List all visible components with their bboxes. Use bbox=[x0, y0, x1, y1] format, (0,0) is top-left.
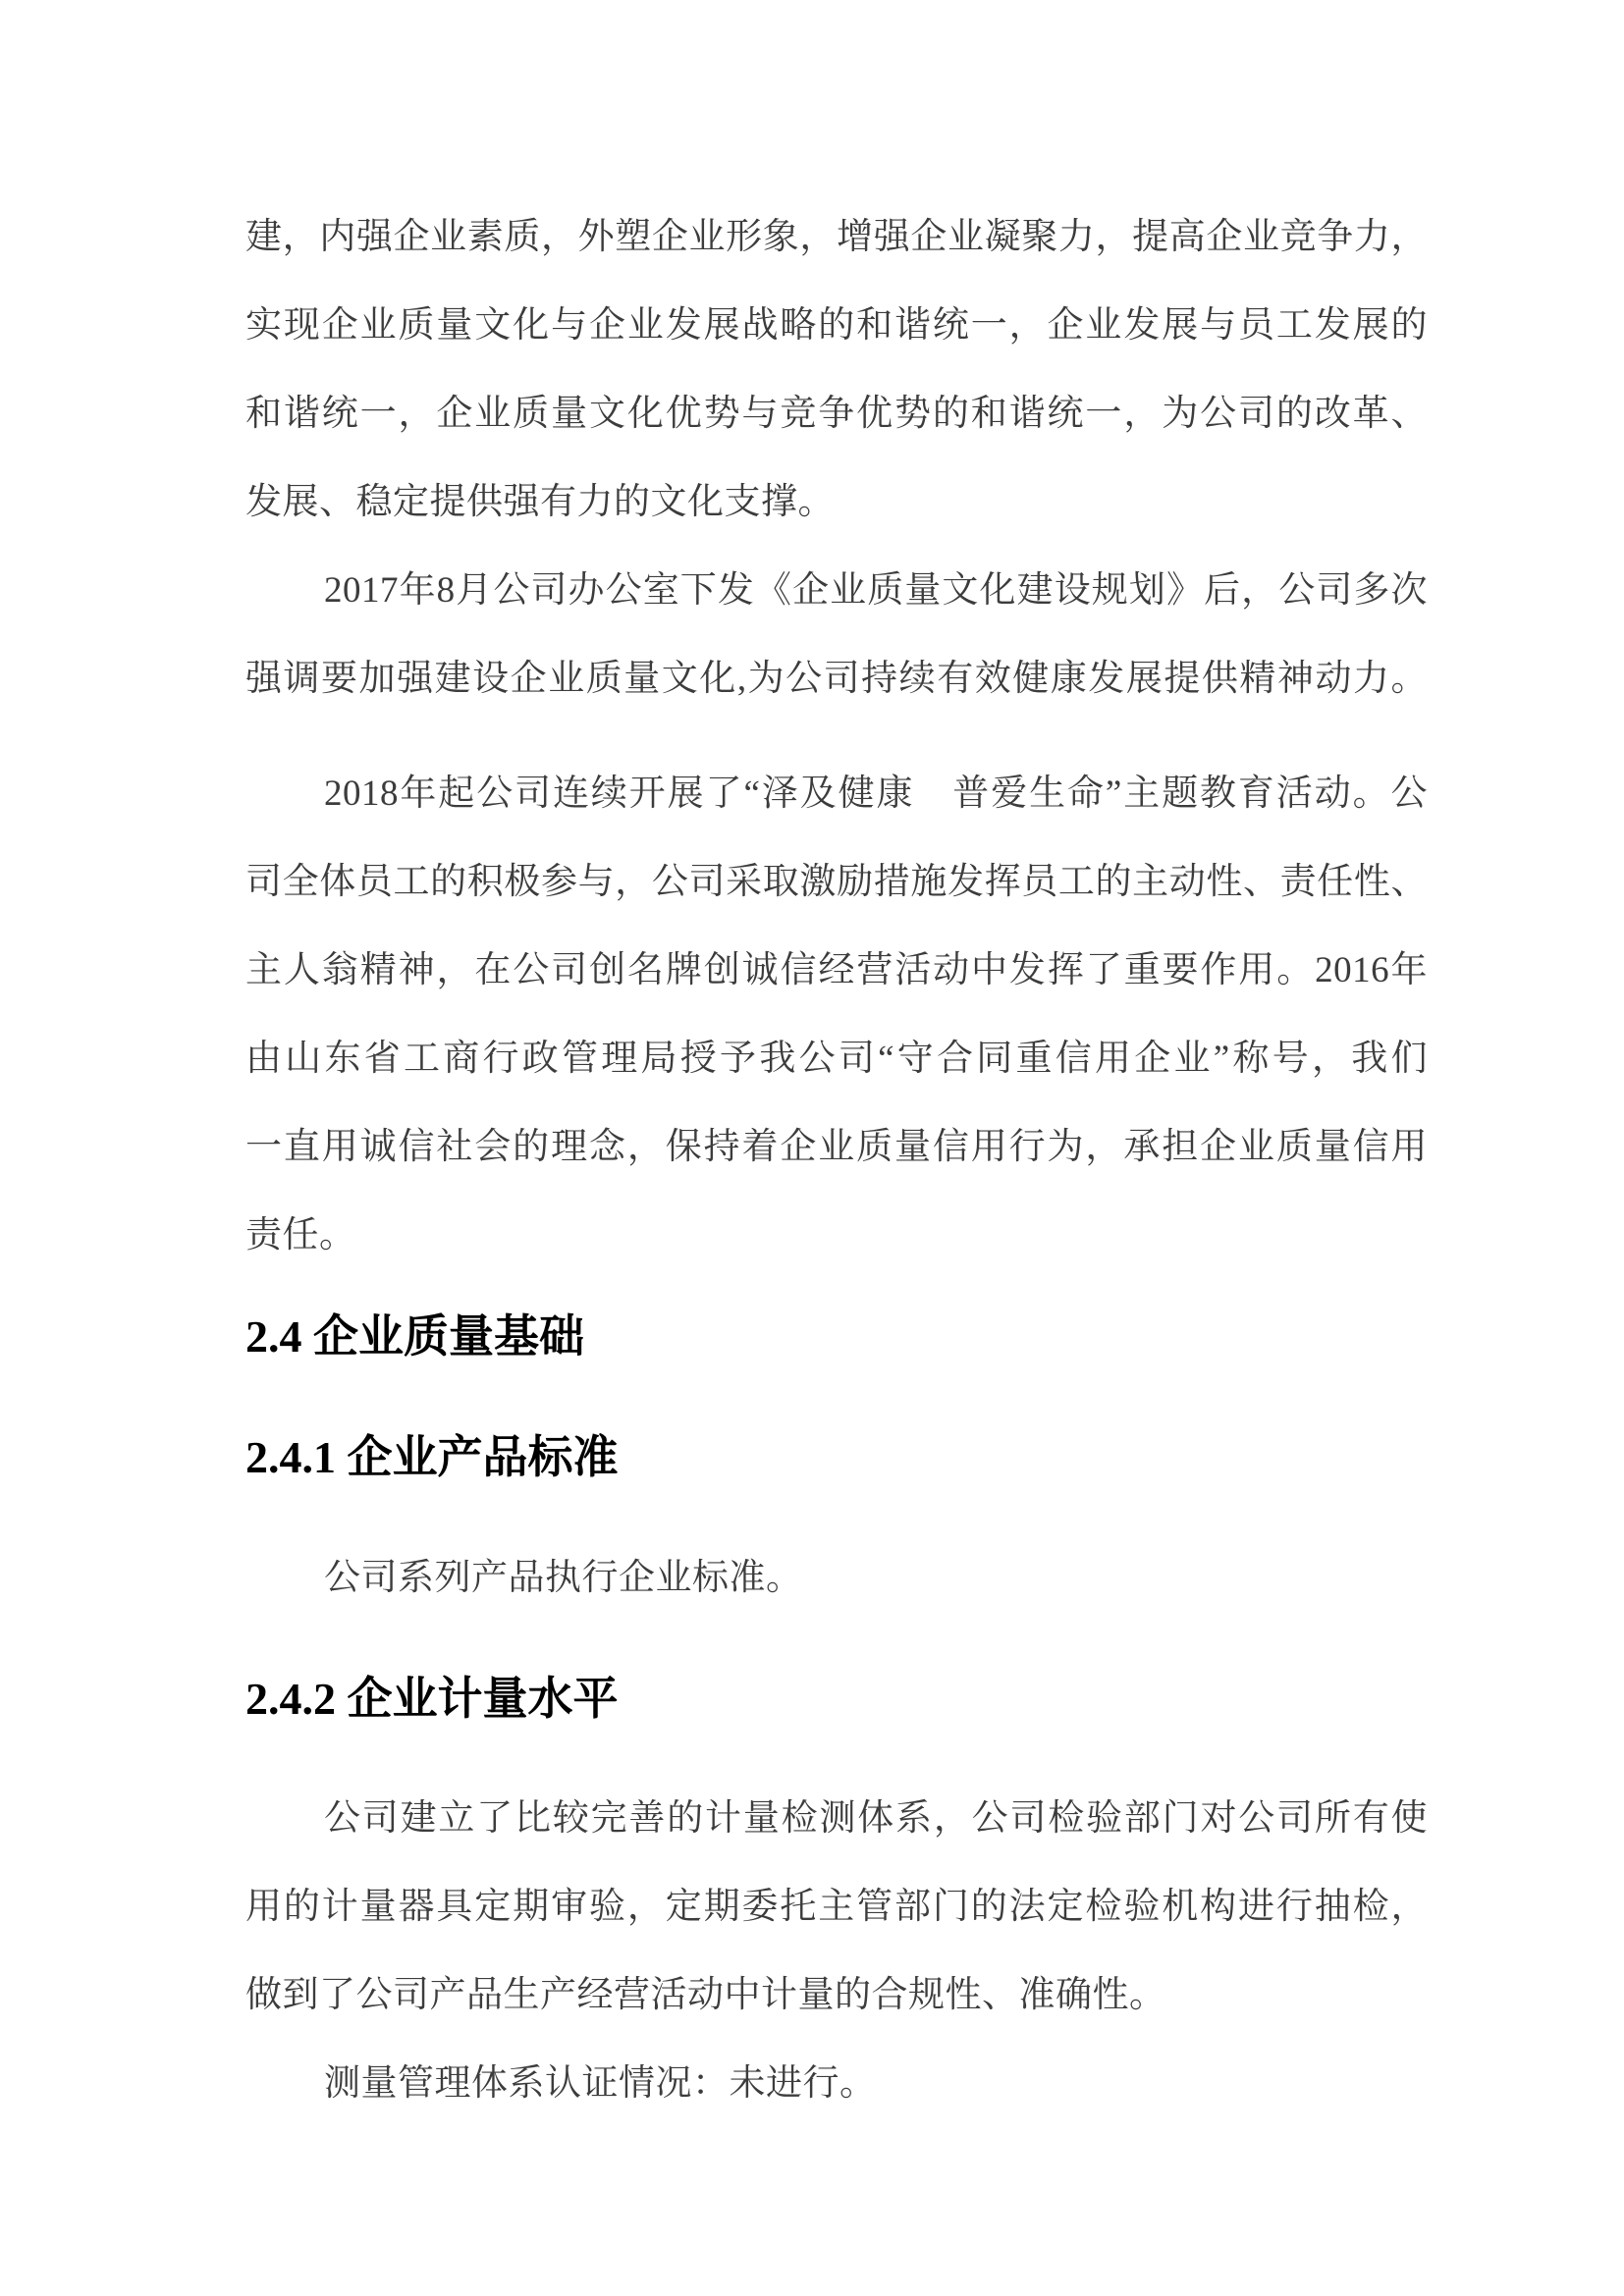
paragraph-2017-plan: 2017年8月公司办公室下发《企业质量文化建设规划》后，公司多次 强调要加强建设… bbox=[245, 547, 1428, 723]
text-line: 测量管理体系认证情况：未进行。 bbox=[245, 2040, 1428, 2128]
text-line: 公司建立了比较完善的计量检测体系，公司检验部门对公司所有使 bbox=[245, 1775, 1428, 1863]
text-line: 2018年起公司连续开展了“泽及健康 普爱生命”主题教育活动。公 bbox=[245, 750, 1428, 838]
page-content: 建，内强企业素质，外塑企业形象，增强企业凝聚力，提高企业竞争力， 实现企业质量文… bbox=[245, 0, 1428, 2128]
paragraph-product-standard: 公司系列产品执行企业标准。 bbox=[245, 1534, 1428, 1623]
text-line: 一直用诚信社会的理念，保持着企业质量信用行为，承担企业质量信用 bbox=[245, 1103, 1428, 1192]
document-page: 建，内强企业素质，外塑企业形象，增强企业凝聚力，提高企业竞争力， 实现企业质量文… bbox=[0, 0, 1624, 2296]
text-line: 和谐统一，企业质量文化优势与竞争优势的和谐统一，为公司的改革、 bbox=[245, 370, 1428, 458]
text-line: 公司系列产品执行企业标准。 bbox=[245, 1534, 1428, 1623]
text-line: 由山东省工商行政管理局授予我公司“守合同重信用企业”称号，我们 bbox=[245, 1015, 1428, 1103]
paragraph-measurement-certification: 测量管理体系认证情况：未进行。 bbox=[245, 2040, 1428, 2128]
text-line: 做到了公司产品生产经营活动中计量的合规性、准确性。 bbox=[245, 1951, 1428, 2040]
text-line: 实现企业质量文化与企业发展战略的和谐统一，企业发展与员工发展的 bbox=[245, 282, 1428, 370]
section-heading-2-4: 2.4 企业质量基础 bbox=[245, 1308, 1428, 1366]
text-line: 司全体员工的积极参与，公司采取激励措施发挥员工的主动性、责任性、 bbox=[245, 838, 1428, 927]
text-line: 强调要加强建设企业质量文化,为公司持续有效健康发展提供精神动力。 bbox=[245, 635, 1428, 723]
text-line: 发展、稳定提供强有力的文化支撑。 bbox=[245, 458, 1428, 547]
text-line: 建，内强企业素质，外塑企业形象，增强企业凝聚力，提高企业竞争力， bbox=[245, 193, 1428, 282]
text-line: 用的计量器具定期审验，定期委托主管部门的法定检验机构进行抽检， bbox=[245, 1863, 1428, 1951]
section-heading-2-4-1: 2.4.1 企业产品标准 bbox=[245, 1428, 1428, 1487]
paragraph-metrology-system: 公司建立了比较完善的计量检测体系，公司检验部门对公司所有使 用的计量器具定期审验… bbox=[245, 1775, 1428, 2040]
text-line: 责任。 bbox=[245, 1192, 1428, 1280]
text-line: 2017年8月公司办公室下发《企业质量文化建设规划》后，公司多次 bbox=[245, 547, 1428, 635]
paragraph-culture-continuation: 建，内强企业素质，外塑企业形象，增强企业凝聚力，提高企业竞争力， 实现企业质量文… bbox=[245, 193, 1428, 547]
paragraph-2018-activity: 2018年起公司连续开展了“泽及健康 普爱生命”主题教育活动。公 司全体员工的积… bbox=[245, 750, 1428, 1280]
text-line: 主人翁精神，在公司创名牌创诚信经营活动中发挥了重要作用。2016年 bbox=[245, 927, 1428, 1015]
section-heading-2-4-2: 2.4.2 企业计量水平 bbox=[245, 1670, 1428, 1729]
